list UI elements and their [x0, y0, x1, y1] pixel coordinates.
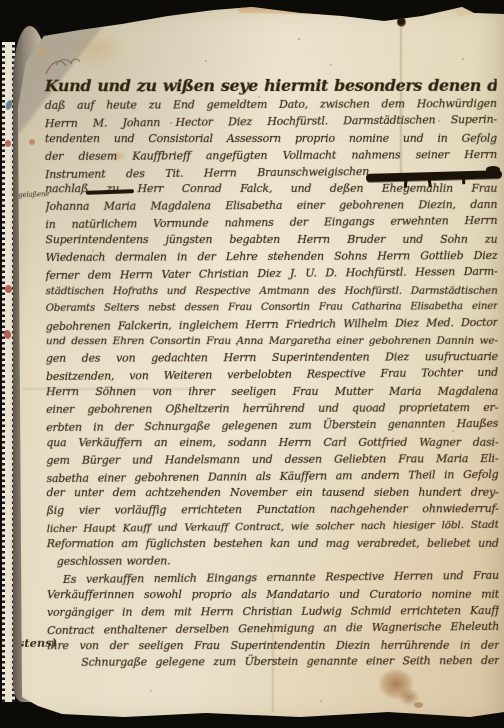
manuscript-line: Kund und zu wißen seye hiermit besonders… [45, 76, 497, 97]
paper-speckles [0, 0, 2, 2]
manuscript-line: der unter dem achtzehenden November ein … [47, 485, 499, 502]
ink-redaction-mark [428, 178, 432, 187]
manuscript-page: Kund und zu wißen seye hiermit besonders… [0, 0, 504, 728]
manuscript-line: Es verkauffen nemlich Eingangs ernannte … [47, 568, 499, 589]
manuscript-line: Reformation am füglichsten bestehen kan … [47, 536, 499, 553]
ink-redaction-mark [462, 177, 465, 184]
manuscript-line: Herrn Söhnen von ihrer seeligen Frau Mut… [46, 384, 498, 401]
manuscript-line: Superintendentens jüngsten begabten Herr… [45, 232, 497, 249]
manuscript-line: und dessen Ehren Consortin Frau Anna Mar… [46, 333, 498, 350]
stain [29, 139, 35, 145]
ink-dot [397, 17, 406, 27]
manuscript-line: tendenten und Consistorial Assessorn pro… [45, 131, 497, 148]
red-thread [5, 285, 12, 293]
manuscript-line: städtischen Hofraths und Respective Amtm… [46, 283, 498, 300]
pen-flourish-icon [44, 56, 82, 78]
red-thread [5, 140, 11, 147]
ink-redaction-blob [486, 166, 500, 173]
manuscript-line: Contract enthaltener derselben Genehmigu… [47, 618, 499, 639]
manuscript-line: Verkäufferinnen sowohl proprio als Manda… [47, 587, 499, 604]
manuscript-text: Kund und zu wißen seye hiermit besonders… [45, 75, 500, 672]
manuscript-line: qua Verkäuffern an einem, sodann Herrn C… [46, 435, 498, 452]
photo-background: Kund und zu wißen seye hiermit besonders… [0, 0, 504, 728]
manuscript-line: erbten in der Schnurgaße gelegenen zum Ü… [46, 416, 498, 437]
manuscript-line: ferner dem Herrn Vater Christian Diez J.… [45, 264, 497, 285]
stain [414, 702, 423, 708]
corner-flap [455, 1, 492, 17]
manuscript-line: Herrn M. Johann Hector Diez Hochfürstl. … [45, 112, 497, 133]
manuscript-line: ihre von der seeligen Frau Superintenden… [47, 637, 499, 654]
torn-edge-flap [238, 4, 342, 15]
manuscript-line: Schnurgaße gelegene zum Überstein genann… [47, 653, 499, 672]
